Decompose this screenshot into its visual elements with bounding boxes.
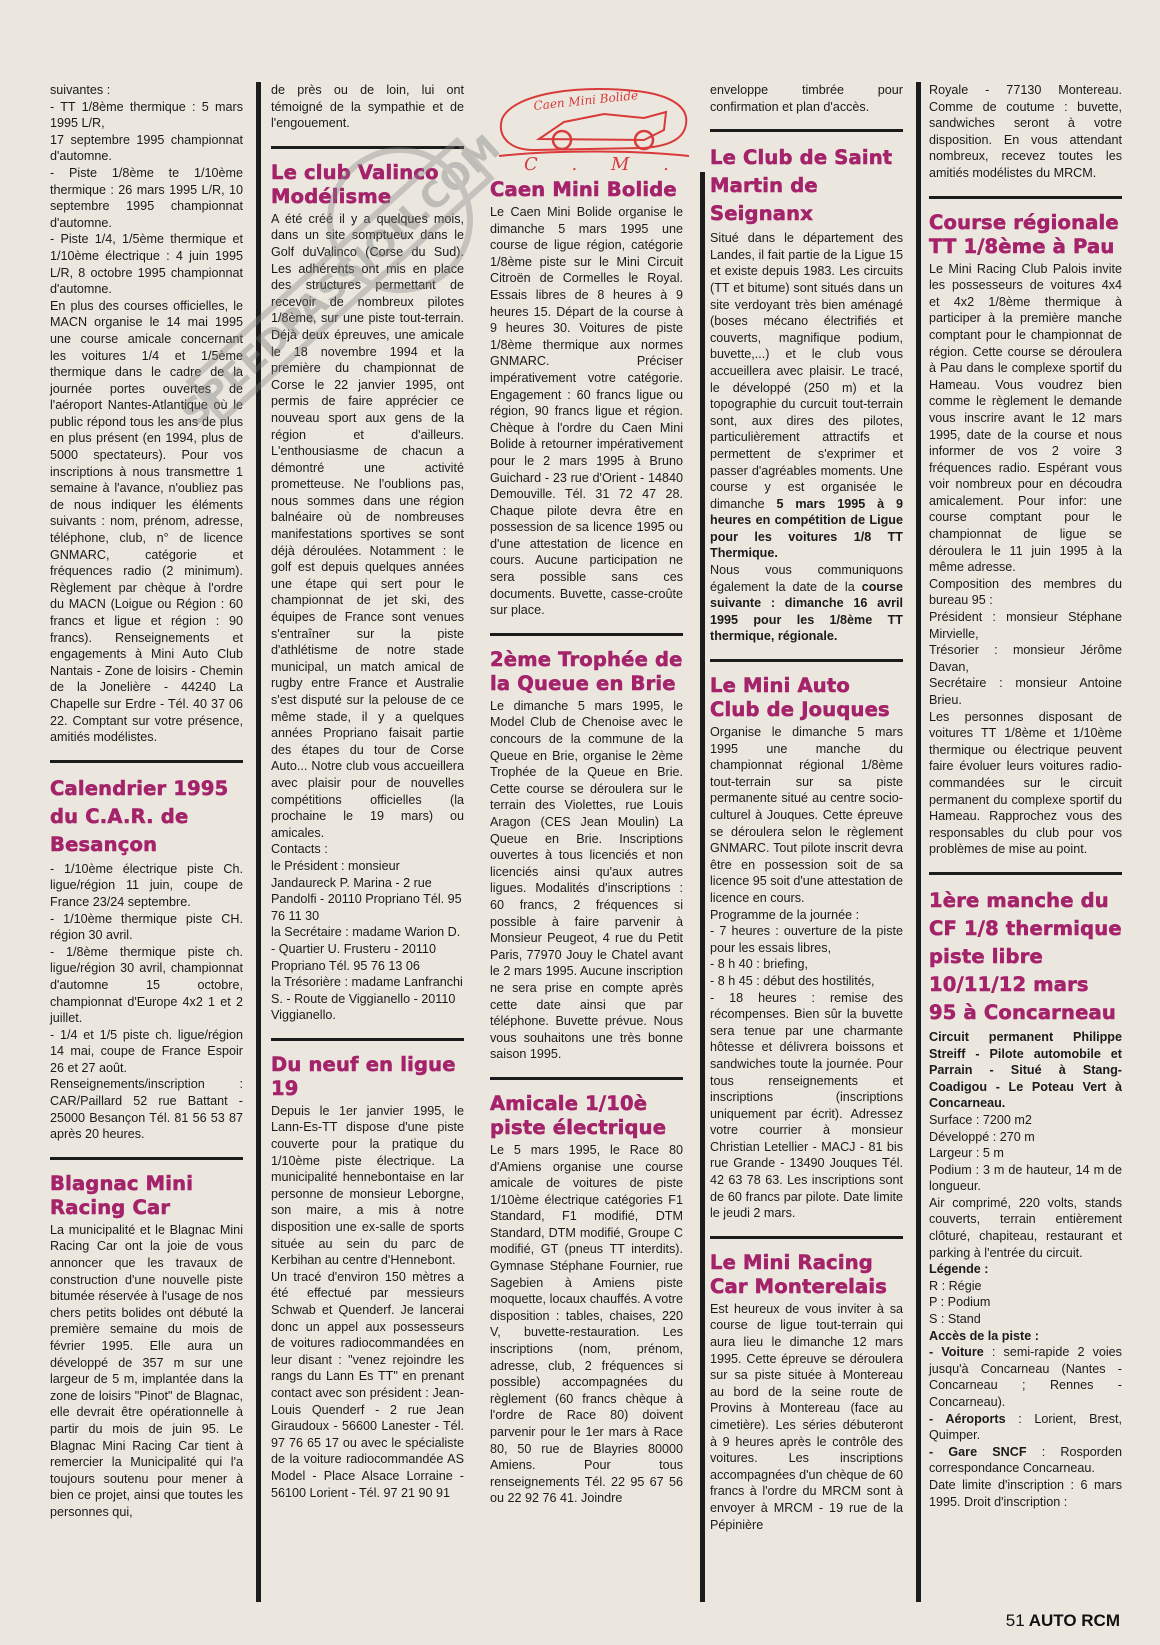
heading-mini-racing-car-monterelais: Le Mini Racing Car Monterelais xyxy=(710,1251,903,1299)
heading-amicale-piste-electrique: Amicale 1/10è piste électrique xyxy=(490,1092,683,1140)
column-1: suivantes : - TT 1/8ème thermique : 5 ma… xyxy=(50,82,243,1521)
article-monterelais-continued: Royale - 77130 Montereau. Comme de coutu… xyxy=(929,82,1122,182)
heading-blagnac: Blagnac Mini Racing Car xyxy=(50,1172,243,1220)
section-divider xyxy=(710,659,903,662)
article-caen-body: Le Caen Mini Bolide organise le dimanche… xyxy=(490,204,683,619)
date-limite-inscription: Date limite d'inscription : 6 mars 1995.… xyxy=(929,1477,1122,1510)
article-jouques-body: Organise le dimanche 5 mars 1995 une man… xyxy=(710,724,903,1222)
legende-items: R : Régie P : Podium S : Stand xyxy=(929,1278,1122,1328)
column-rule xyxy=(916,82,921,1602)
acces-aeroports: - Aéroports : Lorient, Brest, Quimper. xyxy=(929,1411,1122,1444)
column-4: enveloppe timbrée pour confirmation et p… xyxy=(710,82,903,1533)
acces-gare: - Gare SNCF : Rosporden correspondance C… xyxy=(929,1444,1122,1477)
article-amicale-body: Le 5 mars 1995, le Race 80 d'Amiens orga… xyxy=(490,1142,683,1507)
logo-bottom-text: C . M . B xyxy=(524,154,694,174)
section-divider xyxy=(929,872,1122,875)
section-divider xyxy=(50,1157,243,1160)
magazine-page: suivantes : - TT 1/8ème thermique : 5 ma… xyxy=(0,0,1160,1645)
legende-label: Légende : xyxy=(929,1261,1122,1278)
article-pau-body: Le Mini Racing Club Palois invite les po… xyxy=(929,261,1122,858)
article-macn-body: suivantes : - TT 1/8ème thermique : 5 ma… xyxy=(50,82,243,746)
heading-valinco: Le club Valinco Modélisme xyxy=(271,161,464,209)
section-divider xyxy=(271,1038,464,1041)
article-besancon-body: - 1/10ème électrique piste Ch. ligue/rég… xyxy=(50,861,243,1143)
heading-calendrier-besancon: Calendrier 1995 du C.A.R. de Besançon xyxy=(50,775,243,859)
article-concarneau-specs: Surface : 7200 m2 Développé : 270 m Larg… xyxy=(929,1112,1122,1261)
section-divider xyxy=(929,196,1122,199)
page-number: 51 xyxy=(1006,1611,1025,1630)
column-2: de près ou de loin, lui ont témoigné de … xyxy=(271,82,464,1501)
section-divider xyxy=(710,1236,903,1239)
heading-trophee-queue-en-brie: 2ème Trophée de la Queue en Brie xyxy=(490,648,683,696)
article-concarneau-intro: Circuit permanent Philippe Streiff - Pil… xyxy=(929,1029,1122,1112)
page-footer: 51AUTO RCM xyxy=(1006,1611,1120,1631)
column-rule xyxy=(256,82,261,1602)
caen-mini-bolide-logo: Caen Mini Bolide C . M . B xyxy=(494,84,694,174)
logo-top-text: Caen Mini Bolide xyxy=(533,88,639,113)
column-5: Royale - 77130 Montereau. Comme de coutu… xyxy=(929,82,1122,1510)
heading-mini-auto-club-jouques: Le Mini Auto Club de Jouques xyxy=(710,674,903,722)
acces-label: Accès de la piste : xyxy=(929,1328,1122,1345)
article-blagnac-body: La municipalité et le Blagnac Mini Racin… xyxy=(50,1222,243,1521)
section-divider xyxy=(710,129,903,132)
heading-saint-martin-seignanx: Le Club de Saint Martin de Seignanx xyxy=(710,144,903,228)
heading-ligue-19: Du neuf en ligue 19 xyxy=(271,1053,464,1101)
column-rule xyxy=(700,172,705,1602)
article-monterelais-body: Est heureux de vous inviter à sa course … xyxy=(710,1301,903,1533)
heading-course-regionale-pau: Course régionale TT 1/8ème à Pau xyxy=(929,211,1122,259)
article-ligue-19-body: Depuis le 1er janvier 1995, le Lann-Es-T… xyxy=(271,1103,464,1501)
article-valinco-body: A été créé il y a quelques mois, dans un… xyxy=(271,211,464,842)
section-divider xyxy=(271,146,464,149)
article-seignanx-body: Situé dans le département des Landes, il… xyxy=(710,230,903,645)
article-valinco-contacts: Contacts : le Président : monsieur Janda… xyxy=(271,841,464,1024)
magazine-name: AUTO RCM xyxy=(1029,1611,1120,1630)
section-divider xyxy=(490,1077,683,1080)
heading-caen-mini-bolide: Caen Mini Bolide xyxy=(490,178,683,202)
acces-voiture: - Voiture : semi-rapide 2 voies jusqu'à … xyxy=(929,1344,1122,1410)
article-amicale-continued: enveloppe timbrée pour confirmation et p… xyxy=(710,82,903,115)
column-3: Caen Mini Bolide Le Caen Mini Bolide org… xyxy=(490,178,683,1507)
section-divider xyxy=(50,760,243,763)
article-blagnac-continued: de près ou de loin, lui ont témoigné de … xyxy=(271,82,464,132)
section-divider xyxy=(490,633,683,636)
article-trophee-body: Le dimanche 5 mars 1995, le Model Club d… xyxy=(490,698,683,1063)
heading-concarneau: 1ère manche du CF 1/8 thermique piste li… xyxy=(929,887,1122,1027)
